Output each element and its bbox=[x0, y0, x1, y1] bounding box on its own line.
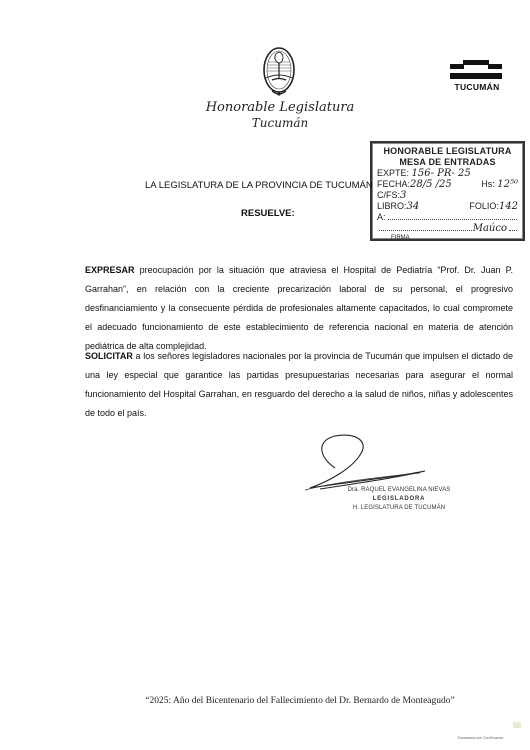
dotted-line bbox=[388, 212, 517, 220]
signature-stamp: Dra. RAQUEL EVANGELINA NIEVAS LEGISLADOR… bbox=[344, 486, 454, 513]
folio-value: 142 bbox=[499, 201, 518, 212]
paragraph-text: preocupación por la situación que atravi… bbox=[85, 265, 513, 351]
cfs-value: 3 bbox=[400, 190, 406, 201]
expte-value: 156- PR- 25 bbox=[412, 168, 471, 179]
firma-label: FIRMA bbox=[377, 234, 518, 242]
libro-value: 34 bbox=[407, 201, 420, 212]
document-heading: LA LEGISLATURA DE LA PROVINCIA DE TUCUMÁ… bbox=[145, 180, 373, 191]
tucuman-logo-icon bbox=[450, 58, 502, 80]
scan-corner-mark bbox=[513, 722, 521, 728]
institution-city: Tucumán bbox=[200, 116, 360, 130]
paragraph-expresar: EXPRESAR preocupación por la situación q… bbox=[85, 261, 513, 356]
stamp-subtitle: MESA DE ENTRADAS bbox=[377, 157, 518, 168]
dotted-line bbox=[379, 223, 472, 231]
folio-label: FOLIO: bbox=[469, 201, 499, 211]
stamp-cfs-row: C/FS:3 bbox=[377, 190, 518, 201]
a-label: A: bbox=[377, 212, 386, 223]
paragraph-solicitar: SOLICITAR a los señores legisladores nac… bbox=[85, 347, 513, 423]
fecha-label: FECHA: bbox=[377, 179, 410, 189]
stamp-fecha-row: FECHA:28/5 /25 Hs: 12⁵⁰ bbox=[377, 179, 518, 190]
province-logo-text: TUCUMÁN bbox=[446, 82, 508, 92]
hs-label: Hs: bbox=[481, 179, 495, 189]
stamp-libro-row: LIBRO:34 FOLIO:142 bbox=[377, 201, 518, 212]
dotted-line bbox=[509, 223, 517, 231]
coat-of-arms-icon bbox=[258, 44, 300, 100]
stamp-title: HONORABLE LEGISLATURA bbox=[377, 146, 518, 157]
signatory-name: Dra. RAQUEL EVANGELINA NIEVAS bbox=[344, 486, 454, 495]
libro-label: LIBRO: bbox=[377, 201, 407, 211]
firma-value: Maúco bbox=[473, 223, 507, 234]
paragraph-keyword: SOLICITAR bbox=[85, 351, 133, 361]
handwritten-signature-icon bbox=[300, 433, 430, 493]
stamp-a-row: A: bbox=[377, 212, 518, 223]
paragraph-keyword: EXPRESAR bbox=[85, 265, 135, 275]
institution-name: Honorable Legislatura bbox=[200, 101, 360, 115]
footer-motto: “2025: Año del Bicentenario del Fallecim… bbox=[140, 696, 460, 706]
signatory-role: LEGISLADORA bbox=[344, 495, 454, 504]
resolves-heading: RESUELVE: bbox=[241, 208, 295, 219]
fecha-value: 28/5 /25 bbox=[410, 179, 452, 190]
expte-label: EXPTE: bbox=[377, 168, 409, 178]
scanner-watermark: Escaneado con CamScanner bbox=[458, 736, 504, 740]
signatory-institution: H. LEGISLATURA DE TUCUMÁN bbox=[344, 504, 454, 513]
reception-stamp: HONORABLE LEGISLATURA MESA DE ENTRADAS E… bbox=[370, 141, 525, 241]
stamp-expte-row: EXPTE: 156- PR- 25 bbox=[377, 168, 518, 179]
paragraph-text: a los señores legisladores nacionales po… bbox=[85, 351, 513, 418]
stamp-firma-row: Maúco bbox=[377, 223, 518, 234]
hs-value: 12⁵⁰ bbox=[497, 179, 518, 190]
cfs-label: C/FS: bbox=[377, 190, 400, 200]
